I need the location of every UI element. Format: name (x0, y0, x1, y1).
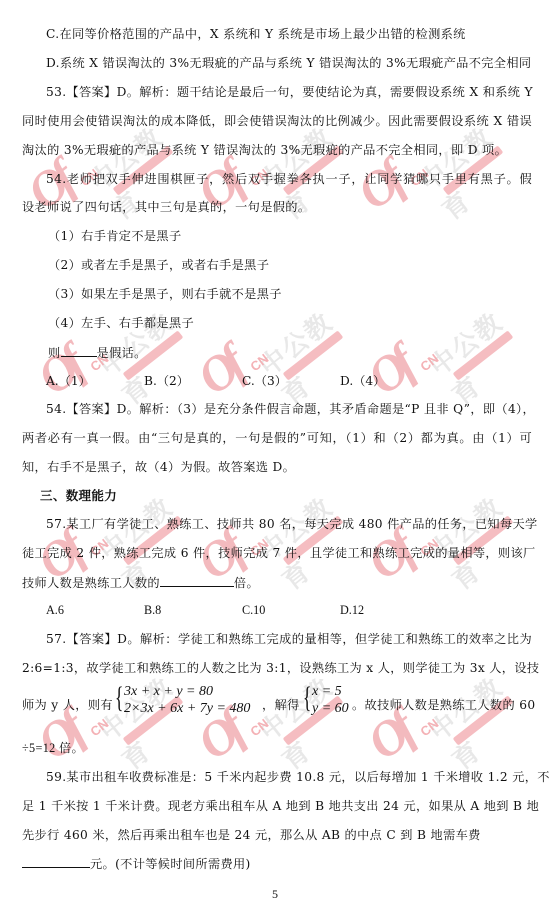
watermark-logo-glyph: Of (26, 703, 91, 771)
option-c: C.10 (242, 602, 340, 618)
answer-57-line-3-suffix: 。故技师人数是熟练工人数的 60 (352, 697, 535, 713)
question-59-line-4: 元。(不计等候时间所需费用) (22, 855, 532, 872)
answer-54-line-1: 54.【答案】D。解析：（3）是充分条件假言命题，其矛盾命题是“P 且非 Q”，… (46, 401, 532, 417)
watermark-cn: CN (417, 716, 441, 739)
answer-blank (22, 855, 90, 868)
watermark-cn: CN (247, 716, 271, 739)
option-a: A.（1） (46, 373, 144, 389)
option-b: B.8 (144, 602, 242, 618)
question-54-options: A.（1） B.（2） C.（3） D.（4） (46, 373, 506, 389)
watermark-logo: 中公教育 Of CN (370, 670, 540, 780)
answer-blank (160, 574, 234, 587)
brace-left: { (115, 683, 124, 713)
answer-57-solve-label: ，解得 (262, 697, 300, 713)
equation-1: 3x + x + y = 80 (124, 684, 213, 700)
statement-3: （3）如果左手是黑子，则右手就不是黑子 (48, 286, 550, 302)
answer-57-line-1: 57.【答案】D。解析：学徒工和熟练工完成的量相等，但学徒工和熟练工的效率之比为 (46, 631, 532, 647)
watermark-cn: CN (87, 716, 111, 739)
question-59-line-3: 先步行 460 米，然后再乘出租车也是 24 元，那么从 AB 的中点 C 到 … (22, 827, 532, 843)
option-a: A.6 (46, 602, 144, 618)
statement-2: （2）或者左手是黑子，或者右手是黑子 (48, 257, 550, 273)
question-59-line-1: 59.某市出租车收费标准是：5 千米内起步费 10.8 元，以后每增加 1 千米… (46, 769, 532, 785)
answer-57-line-4: ÷5=12 倍。 (22, 740, 532, 756)
question-54-line-2: 设老师说了四句话，其中三句是真的，一句是假的。 (22, 199, 532, 215)
statement-4: （4）左手、右手都是黑子 (48, 315, 550, 331)
answer-53-line-2: 同时使用会使错误淘汰的成本降低，即会使错误淘汰的比例减少。因此需要假设系统 X … (22, 113, 532, 129)
option-c: C.（3） (242, 373, 340, 389)
statement-1: （1）右手肯定不是黑子 (48, 228, 550, 244)
option-d-text: D.系统 X 错误淘汰的 3%无瑕疵的产品与系统 Y 错误淘汰的 3%无瑕疵产品… (46, 55, 550, 71)
answer-53-line-1: 53.【答案】D。解析：题干结论是最后一句，要使结论为真，需要假设系统 X 和系… (46, 84, 532, 100)
solution-x: x = 5 (312, 684, 342, 700)
option-d: D.（4） (340, 373, 438, 389)
answer-57-line-3-prefix: 师为 y 人，则有 (22, 697, 113, 713)
answer-blank (61, 344, 97, 357)
question-57-line-2: 徒工完成 2 件，熟练工完成 6 件，技师完成 7 件，且学徒工和熟练工完成的量… (22, 545, 532, 561)
equation-2: 2×3x + 6x + 7y = 480 (124, 701, 250, 717)
watermark-logo-glyph: Of (356, 703, 421, 771)
document-page: 中公教育 Of CN 中公教育 Of CN 中公教育 Of CN 中公教育 Of… (0, 0, 550, 907)
blank-prefix: 技师人数是熟练工人数的 (22, 576, 160, 590)
question-57-options: A.6 B.8 C.10 D.12 (46, 602, 506, 618)
question-54-line-1: 54.老师把双手伸进围棋匣子，然后双手握拳各执一子，让同学猜哪只手里有黑子。假 (46, 171, 532, 187)
option-d: D.12 (340, 602, 438, 618)
answer-57-line-2: 2:6=1:3，故学徒工和熟练工的人数之比为 3:1，设熟练工为 x 人，则学徒… (22, 660, 532, 676)
question-54-blank-line: 则是假话。 (48, 344, 550, 361)
section-heading: 三、数理能力 (40, 488, 550, 504)
brace-left: { (303, 683, 312, 713)
blank-suffix: 元。(不计等候时间所需费用) (90, 857, 251, 871)
answer-54-line-3: 知，右手不是黑子，故（4）为假。故答案选 D。 (22, 459, 532, 475)
blank-prefix: 则 (48, 346, 61, 360)
option-b: B.（2） (144, 373, 242, 389)
option-c-text: C.在同等价格范围的产品中，X 系统和 Y 系统是市场上最少出错的检测系统 (46, 26, 550, 42)
answer-54-line-2: 两者必有一真一假。由“三句是真的，一句是假的”可知，（1）和（2）都为真。由（1… (22, 430, 532, 446)
answer-53-line-3: 淘汰的 3%无瑕疵的产品与系统 Y 错误淘汰的 3%无瑕疵的产品不完全相同，即 … (22, 142, 532, 158)
page-number: 5 (0, 887, 550, 902)
blank-suffix: 是假话。 (97, 346, 147, 360)
blank-suffix: 倍。 (234, 576, 259, 590)
question-57-line-3: 技师人数是熟练工人数的倍。 (22, 574, 532, 591)
watermark-logo: 中公教育 Of CN (200, 670, 370, 780)
question-57-line-1: 57.某工厂有学徒工、熟练工、技师共 80 名，每天完成 480 件产品的任务，… (46, 516, 532, 532)
question-59-line-2: 足 1 千米按 1 千米计费。现老方乘出租车从 A 地到 B 地共支出 24 元… (22, 798, 532, 814)
solution-y: y = 60 (312, 701, 349, 717)
